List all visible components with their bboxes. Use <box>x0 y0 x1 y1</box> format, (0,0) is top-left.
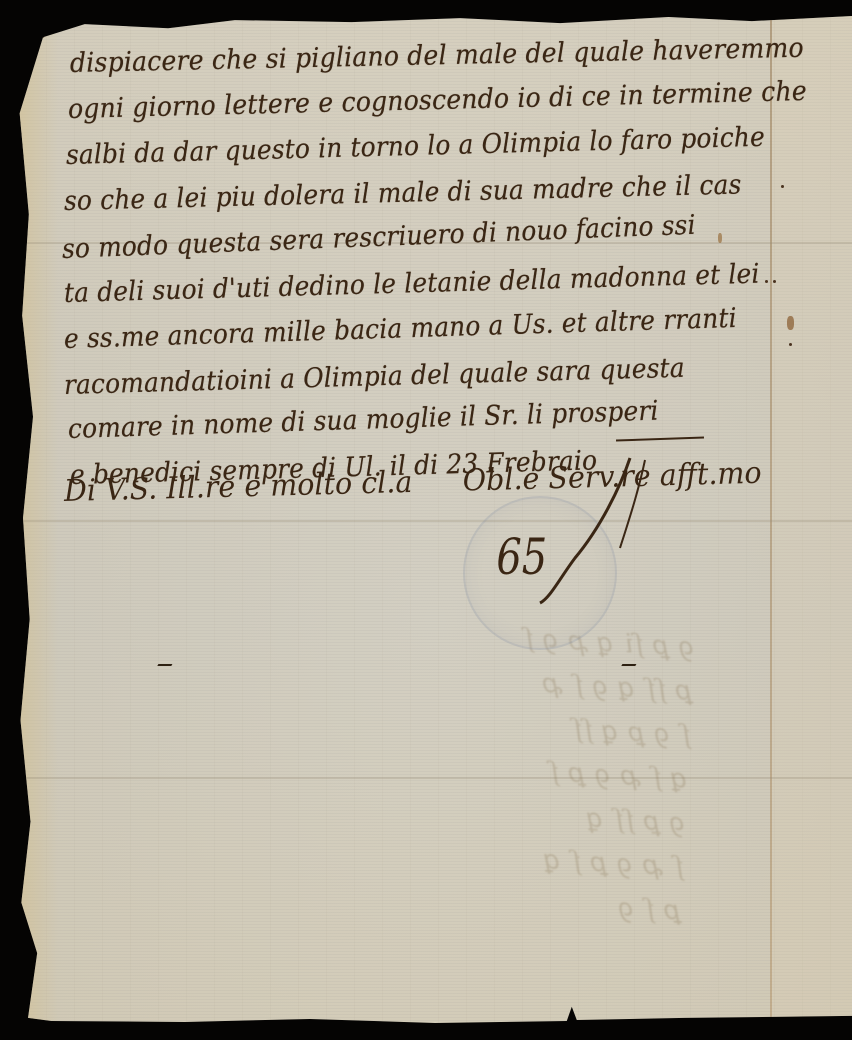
paper-tear-mark <box>157 660 174 666</box>
verso-show-through: ꝯ ꝑ ſi ꝗ ꝓ ꝯ ſ ꝑ ſſ ꝗ ꝯ ſ ꝓ ſ ꝯ ꝑ ꝗ ſſ ꝗ… <box>159 599 696 966</box>
ink-dot <box>773 280 776 283</box>
ink-dot <box>765 280 768 283</box>
stain-spot <box>787 316 794 330</box>
stain-spot <box>718 233 722 243</box>
horizontal-fold-line <box>18 520 852 522</box>
ink-dot <box>789 343 792 346</box>
folio-number: 65 <box>496 528 547 586</box>
folded-right-panel <box>772 12 852 1024</box>
ink-dot <box>781 185 784 188</box>
spacer <box>422 491 454 492</box>
vertical-fold-line <box>770 12 772 1024</box>
